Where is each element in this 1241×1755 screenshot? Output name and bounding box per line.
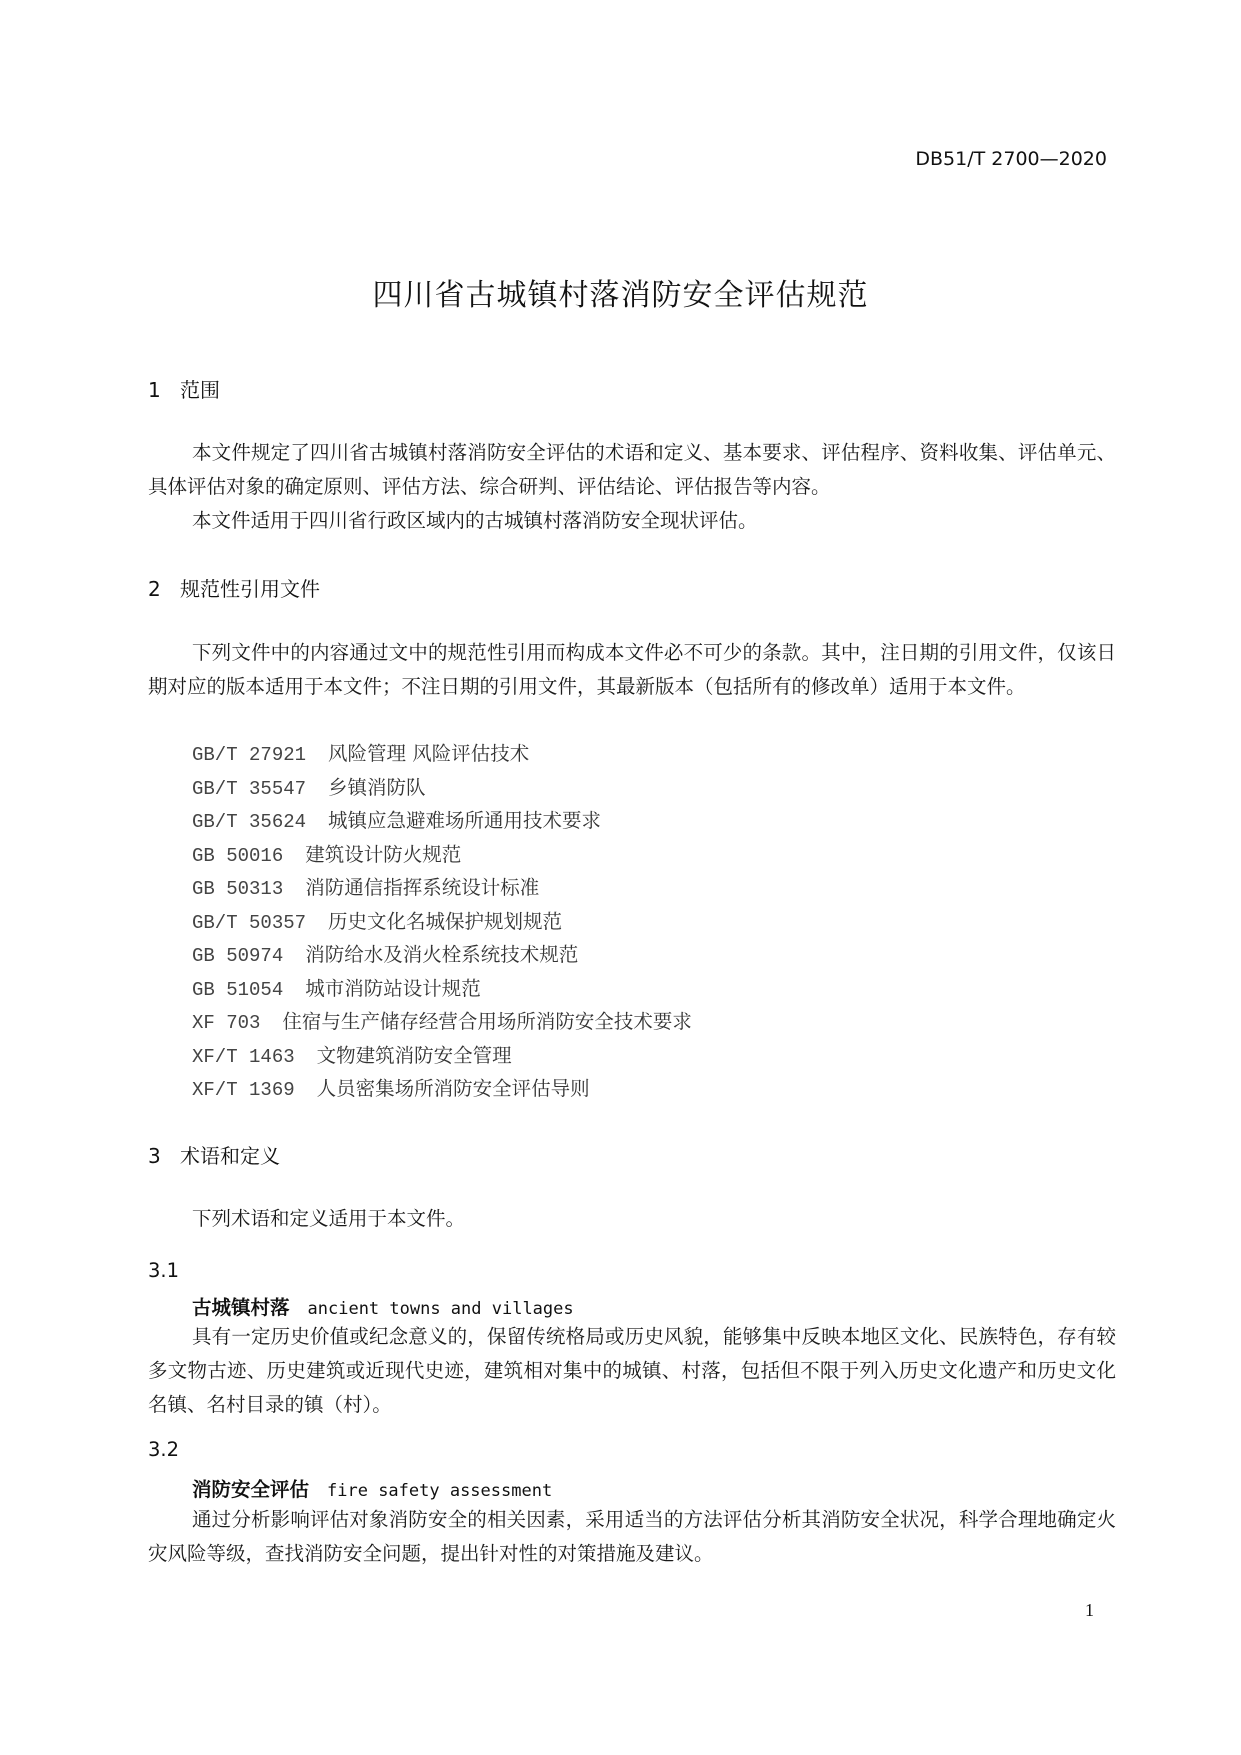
section-title: 术语和定义 [180, 1144, 280, 1168]
reference-item: GB/T 50357历史文化名城保护规划规范 [192, 905, 692, 939]
reference-code: GB/T 27921 [192, 744, 306, 766]
term-definition: 通过分析影响评估对象消防安全的相关因素，采用适当的方法评估分析其消防安全状况，科… [148, 1503, 1116, 1571]
reference-code: GB/T 35547 [192, 778, 306, 800]
page-number: 1 [1085, 1600, 1094, 1621]
term-heading: 古城镇村落ancient towns and villages [192, 1292, 574, 1320]
term-number: 3.1 [148, 1259, 179, 1282]
section-number: 1 [148, 378, 180, 402]
reference-item: XF 703住宿与生产储存经营合用场所消防安全技术要求 [192, 1005, 692, 1039]
reference-title: 人员密集场所消防安全评估导则 [317, 1077, 590, 1100]
reference-title: 消防给水及消火栓系统技术规范 [305, 943, 578, 966]
reference-code: GB 51054 [192, 979, 283, 1001]
section-number: 3 [148, 1144, 180, 1168]
term-english: ancient towns and villages [308, 1299, 574, 1319]
reference-item: GB 50016建筑设计防火规范 [192, 838, 692, 872]
section-3-paragraph-1: 下列术语和定义适用于本文件。 [148, 1202, 1116, 1236]
reference-title: 历史文化名城保护规划规范 [328, 910, 562, 933]
section-1-paragraph-2: 本文件适用于四川省行政区域内的古城镇村落消防安全现状评估。 [148, 504, 1116, 538]
term-english: fire safety assessment [327, 1481, 552, 1501]
reference-item: XF/T 1369人员密集场所消防安全评估导则 [192, 1072, 692, 1106]
section-title: 规范性引用文件 [180, 577, 320, 601]
section-title: 范围 [180, 378, 220, 402]
reference-item: GB/T 27921风险管理 风险评估技术 [192, 737, 692, 771]
reference-code: GB/T 50357 [192, 912, 306, 934]
reference-item: GB 50313消防通信指挥系统设计标准 [192, 871, 692, 905]
reference-title: 建筑设计防火规范 [305, 843, 461, 866]
document-title: 四川省古城镇村落消防安全评估规范 [0, 270, 1241, 314]
reference-title: 文物建筑消防安全管理 [317, 1044, 512, 1067]
reference-code: GB 50016 [192, 845, 283, 867]
reference-title: 乡镇消防队 [328, 776, 426, 799]
term-number: 3.2 [148, 1438, 179, 1461]
section-1-paragraph-1: 本文件规定了四川省古城镇村落消防安全评估的术语和定义、基本要求、评估程序、资料收… [148, 436, 1116, 504]
reference-item: GB/T 35547乡镇消防队 [192, 771, 692, 805]
reference-item: GB 50974消防给水及消火栓系统技术规范 [192, 938, 692, 972]
reference-item: XF/T 1463文物建筑消防安全管理 [192, 1039, 692, 1073]
section-heading-2: 2规范性引用文件 [148, 573, 320, 602]
reference-code: GB 50313 [192, 878, 283, 900]
reference-code: XF 703 [192, 1012, 260, 1034]
reference-title: 城镇应急避难场所通用技术要求 [328, 809, 601, 832]
reference-code: XF/T 1463 [192, 1046, 295, 1068]
section-heading-1: 1范围 [148, 374, 220, 403]
reference-code: XF/T 1369 [192, 1079, 295, 1101]
term-chinese: 消防安全评估 [192, 1478, 309, 1501]
section-number: 2 [148, 577, 180, 601]
reference-title: 消防通信指挥系统设计标准 [305, 876, 539, 899]
reference-title: 风险管理 风险评估技术 [328, 742, 529, 765]
reference-code: GB/T 35624 [192, 811, 306, 833]
section-2-paragraph-1: 下列文件中的内容通过文中的规范性引用而构成本文件必不可少的条款。其中，注日期的引… [148, 636, 1116, 704]
term-definition: 具有一定历史价值或纪念意义的，保留传统格局或历史风貌，能够集中反映本地区文化、民… [148, 1320, 1116, 1422]
document-code: DB51/T 2700—2020 [915, 148, 1107, 170]
reference-item: GB 51054城市消防站设计规范 [192, 972, 692, 1006]
term-chinese: 古城镇村落 [192, 1296, 290, 1319]
reference-code: GB 50974 [192, 945, 283, 967]
section-heading-3: 3术语和定义 [148, 1140, 280, 1169]
reference-title: 城市消防站设计规范 [305, 977, 481, 1000]
normative-references-list: GB/T 27921风险管理 风险评估技术 GB/T 35547乡镇消防队 GB… [192, 737, 692, 1106]
reference-title: 住宿与生产储存经营合用场所消防安全技术要求 [282, 1010, 692, 1033]
reference-item: GB/T 35624城镇应急避难场所通用技术要求 [192, 804, 692, 838]
term-heading: 消防安全评估fire safety assessment [192, 1474, 552, 1502]
document-page: DB51/T 2700—2020 四川省古城镇村落消防安全评估规范 1范围 本文… [0, 0, 1241, 1755]
